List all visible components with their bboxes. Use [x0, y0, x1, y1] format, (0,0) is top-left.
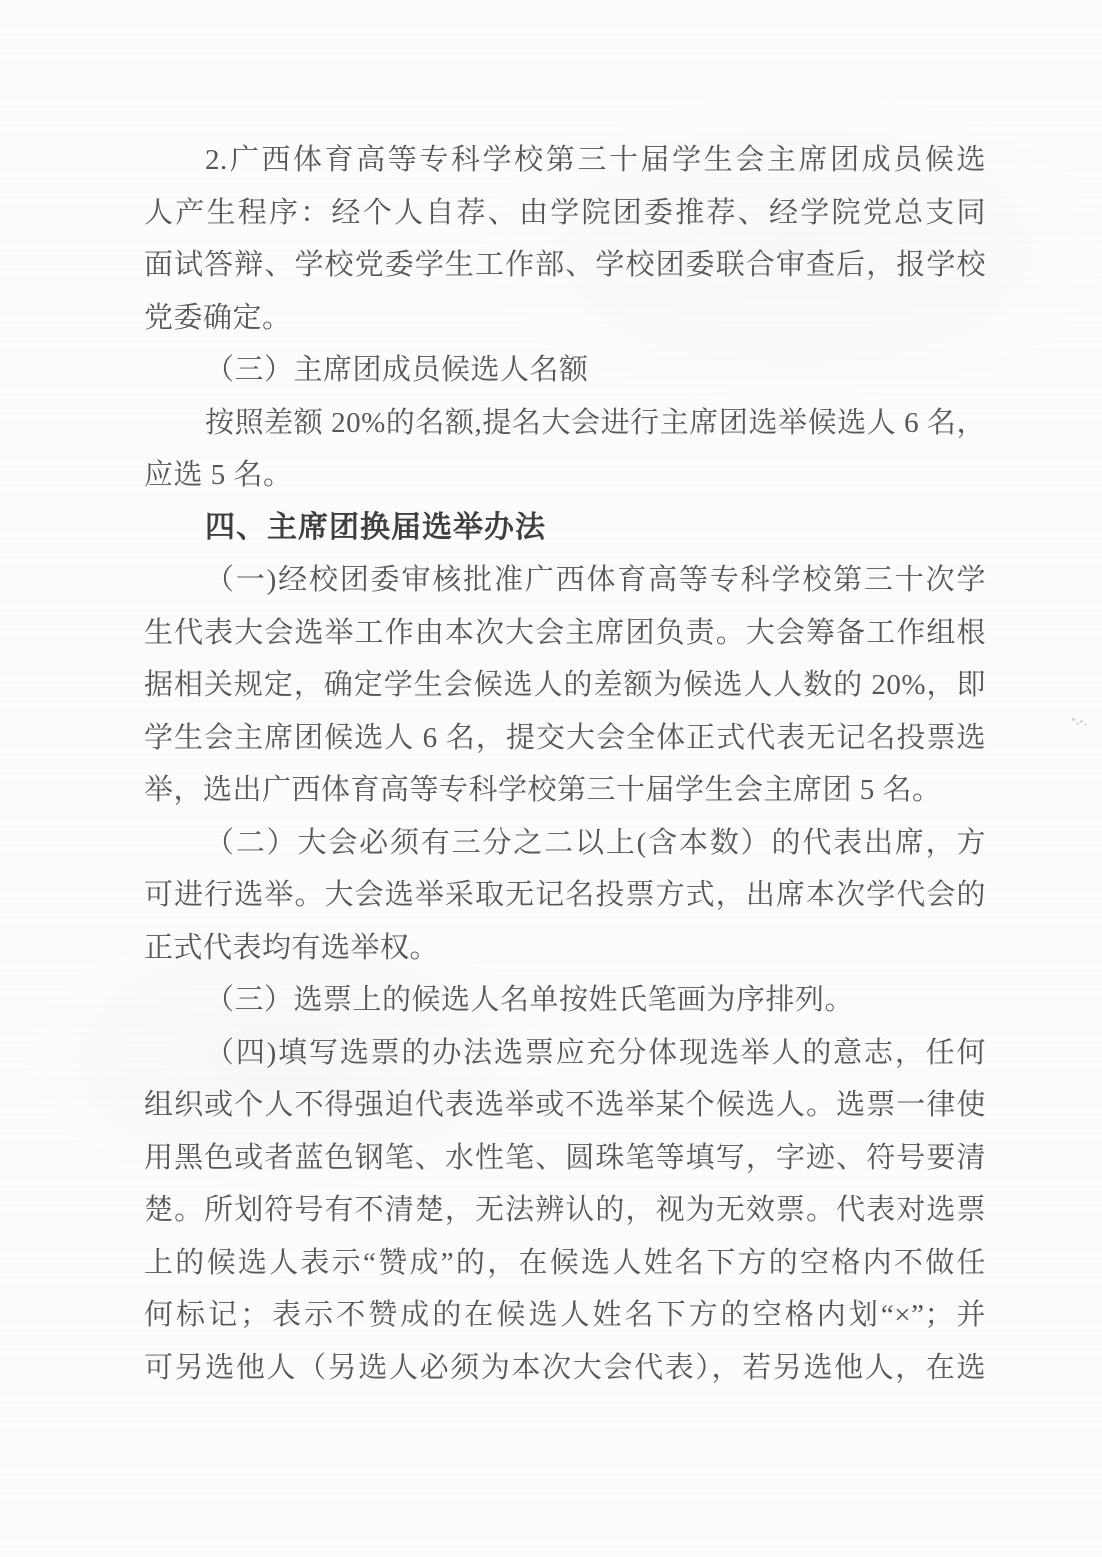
document-text-block: 2.广西体育高等专科学校第三十届学生会主席团成员候选人产生程序：经个人自荐、由学… [144, 134, 986, 1394]
text-line: 可进行选举。大会选举采取无记名投票方式，出席本次学代会的 [144, 869, 986, 922]
paragraph: （一)经校团委审核批准广西体育高等专科学校第三十次学生代表大会选举工作由本次大会… [144, 554, 986, 817]
paragraph: 按照差额 20%的名额,提名大会进行主席团选举候选人 6 名，应选 5 名。 [144, 397, 986, 502]
text-line: （一)经校团委审核批准广西体育高等专科学校第三十次学 [144, 554, 986, 607]
paragraph: （四)填写选票的办法选票应充分体现选举人的意志，任何组织或个人不得强迫代表选举或… [144, 1027, 986, 1395]
text-line: 正式代表均有选举权。 [144, 922, 986, 975]
text-line: 用黑色或者蓝色钢笔、水性笔、圆珠笔等填写，字迹、符号要清 [144, 1132, 986, 1185]
text-line: 据相关规定，确定学生会候选人的差额为候选人人数的 20%，即 [144, 659, 986, 712]
paragraph: （三）主席团成员候选人名额 [144, 344, 986, 397]
scan-speck-artifact [1072, 718, 1075, 721]
text-line: 楚。所划符号有不清楚，无法辨认的，视为无效票。代表对选票 [144, 1184, 986, 1237]
text-line: 组织或个人不得强迫代表选举或不选举某个候选人。选票一律使 [144, 1079, 986, 1132]
section-heading: 四、主席团换届选举办法 [144, 502, 986, 555]
text-line: 党委确定。 [144, 292, 986, 345]
text-line: 按照差额 20%的名额,提名大会进行主席团选举候选人 6 名， [144, 397, 986, 450]
heading-line: 四、主席团换届选举办法 [144, 502, 986, 555]
text-line: 学生会主席团候选人 6 名，提交大会全体正式代表无记名投票选 [144, 712, 986, 765]
paragraph: 2.广西体育高等专科学校第三十届学生会主席团成员候选人产生程序：经个人自荐、由学… [144, 134, 986, 344]
text-line: 上的候选人表示“赞成”的，在候选人姓名下方的空格内不做任 [144, 1237, 986, 1290]
text-line: （三）主席团成员候选人名额 [144, 344, 986, 397]
text-line: 何标记；表示不赞成的在候选人姓名下方的空格内划“×”；并 [144, 1289, 986, 1342]
paragraph: （三）选票上的候选人名单按姓氏笔画为序排列。 [144, 974, 986, 1027]
paragraph: （二）大会必须有三分之二以上(含本数）的代表出席，方可进行选举。大会选举采取无记… [144, 817, 986, 975]
text-line: 面试答辩、学校党委学生工作部、学校团委联合审查后，报学校 [144, 239, 986, 292]
text-line: 可另选他人（另选人必须为本次大会代表），若另选他人，在选 [144, 1342, 986, 1395]
text-line: 生代表大会选举工作由本次大会主席团负责。大会筹备工作组根 [144, 607, 986, 660]
document-page: 2.广西体育高等专科学校第三十届学生会主席团成员候选人产生程序：经个人自荐、由学… [0, 0, 1102, 1557]
text-line: 2.广西体育高等专科学校第三十届学生会主席团成员候选 [144, 134, 986, 187]
text-line: （四)填写选票的办法选票应充分体现选举人的意志，任何 [144, 1027, 986, 1080]
text-line: 应选 5 名。 [144, 449, 986, 502]
text-line: 举，选出广西体育高等专科学校第三十届学生会主席团 5 名。 [144, 764, 986, 817]
text-line: （三）选票上的候选人名单按姓氏笔画为序排列。 [144, 974, 986, 1027]
text-line: （二）大会必须有三分之二以上(含本数）的代表出席，方 [144, 817, 986, 870]
text-line: 人产生程序：经个人自荐、由学院团委推荐、经学院党总支同意、 [144, 187, 986, 240]
